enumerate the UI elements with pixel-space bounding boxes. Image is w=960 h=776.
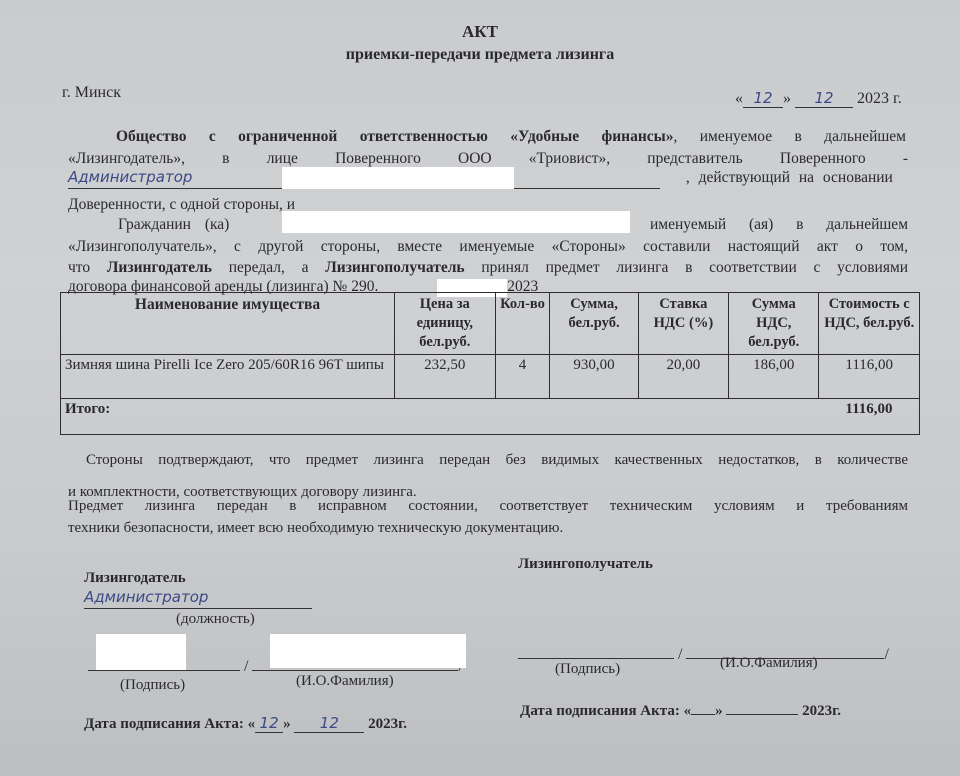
preamble-text: что xyxy=(68,259,90,276)
lessor-position-field: Администратор xyxy=(84,588,312,609)
lessor-sign-day: 12 xyxy=(255,714,283,733)
redacted-lessor-signature xyxy=(96,634,186,670)
lessee-label: Лизингополучатель xyxy=(518,556,653,573)
total-row: Итого: 1116,00 xyxy=(61,399,920,435)
redacted-citizen-name xyxy=(282,211,630,233)
document-title: АКТ xyxy=(0,22,960,42)
col-name: Наименование имущества xyxy=(61,293,395,355)
lessor-sign-year: 2023г. xyxy=(368,716,407,732)
redacted-representative-name xyxy=(282,167,514,189)
lessor-position: Администратор xyxy=(84,588,312,609)
date-year: 2023 г. xyxy=(857,90,902,107)
items-table: Наименование имущества Цена за единицу, … xyxy=(60,292,920,435)
item-total: 1116,00 xyxy=(819,355,920,399)
preamble-text: , именуемое в дальнейшем xyxy=(673,128,906,145)
sign-date-label: Дата подписания Акта: « xyxy=(520,703,691,719)
date-month: 12 xyxy=(795,89,853,108)
item-qty: 4 xyxy=(495,355,550,399)
lessor-sign-date: Дата подписания Акта: «12» 12 2023г. xyxy=(84,714,407,733)
lessee-name-caption: (И.О.Фамилия) xyxy=(720,655,818,672)
col-vat-rate: Ставка НДС (%) xyxy=(638,293,728,355)
lessor-signature-caption: (Подпись) xyxy=(120,677,185,694)
preamble-text: , действующий на основании xyxy=(686,169,893,186)
date-day: 12 xyxy=(743,89,783,108)
representative-position: Администратор xyxy=(68,168,192,186)
document-date: «12» 12 2023 г. xyxy=(735,89,902,108)
table-header-row: Наименование имущества Цена за единицу, … xyxy=(61,293,920,355)
citizen-label: Гражданин (ка) xyxy=(118,216,229,233)
preamble-line-1: Общество с ограниченной ответственностью… xyxy=(68,128,906,146)
redacted-lessor-name xyxy=(270,634,466,668)
lessor-term: Лизингодатель xyxy=(107,259,212,276)
confirmation-p2-line2: техники безопасности, имеет всю необходи… xyxy=(68,520,908,537)
lessor-name-caption: (И.О.Фамилия) xyxy=(296,673,394,690)
item-vat-rate: 20,00 xyxy=(638,355,728,399)
table-row: Зимняя шина Pirelli Ice Zero 205/60R16 9… xyxy=(61,355,920,399)
lessor-sign-month: 12 xyxy=(294,714,364,733)
item-unit-price: 232,50 xyxy=(395,355,496,399)
col-total: Стоимость с НДС, бел.руб. xyxy=(819,293,920,355)
preamble-text: передал, а xyxy=(229,259,309,276)
col-vat-sum: Сумма НДС, бел.руб. xyxy=(729,293,819,355)
lessor-company: Общество с ограниченной ответственностью… xyxy=(116,128,673,145)
lessee-term: Лизингополучатель xyxy=(325,259,464,276)
item-sum: 930,00 xyxy=(550,355,638,399)
sign-date-label: Дата подписания Акта: « xyxy=(84,716,255,732)
lessee-sign-year: 2023г. xyxy=(802,703,841,719)
lessor-label: Лизингодатель xyxy=(84,570,186,587)
col-unit-price: Цена за единицу, бел.руб. xyxy=(395,293,496,355)
col-sum: Сумма, бел.руб. xyxy=(550,293,638,355)
item-vat-sum: 186,00 xyxy=(729,355,819,399)
preamble-text: принял предмет лизинга в соответствии с … xyxy=(481,259,908,276)
confirmation-p2-line1: Предмет лизинга передан в исправном сост… xyxy=(68,498,908,515)
col-qty: Кол-во xyxy=(495,293,550,355)
preamble-line-7: что Лизингодатель передал, а Лизингополу… xyxy=(68,259,908,277)
city: г. Минск xyxy=(62,84,121,102)
item-name: Зимняя шина Pirelli Ice Zero 205/60R16 9… xyxy=(61,355,395,399)
total-value: 1116,00 xyxy=(819,399,920,435)
preamble-line-2: «Лизингодатель», в лице Поверенного ООО … xyxy=(68,150,908,168)
citizen-rest: именуемый (ая) в дальнейшем xyxy=(650,216,908,234)
lessee-sign-date: Дата подписания Акта: «» 2023г. xyxy=(520,700,841,720)
document-subtitle: приемки-передачи предмета лизинга xyxy=(0,46,960,64)
lessee-sign-month xyxy=(726,700,798,715)
total-label: Итого: xyxy=(61,399,819,435)
confirmation-p1-line1: Стороны подтверждают, что предмет лизинг… xyxy=(86,452,908,469)
lessor-position-caption: (должность) xyxy=(176,611,255,628)
lessee-sign-day xyxy=(691,700,715,715)
lessee-signature-caption: (Подпись) xyxy=(555,661,620,678)
preamble-line-6: «Лизингополучатель», с другой стороны, в… xyxy=(68,238,908,256)
